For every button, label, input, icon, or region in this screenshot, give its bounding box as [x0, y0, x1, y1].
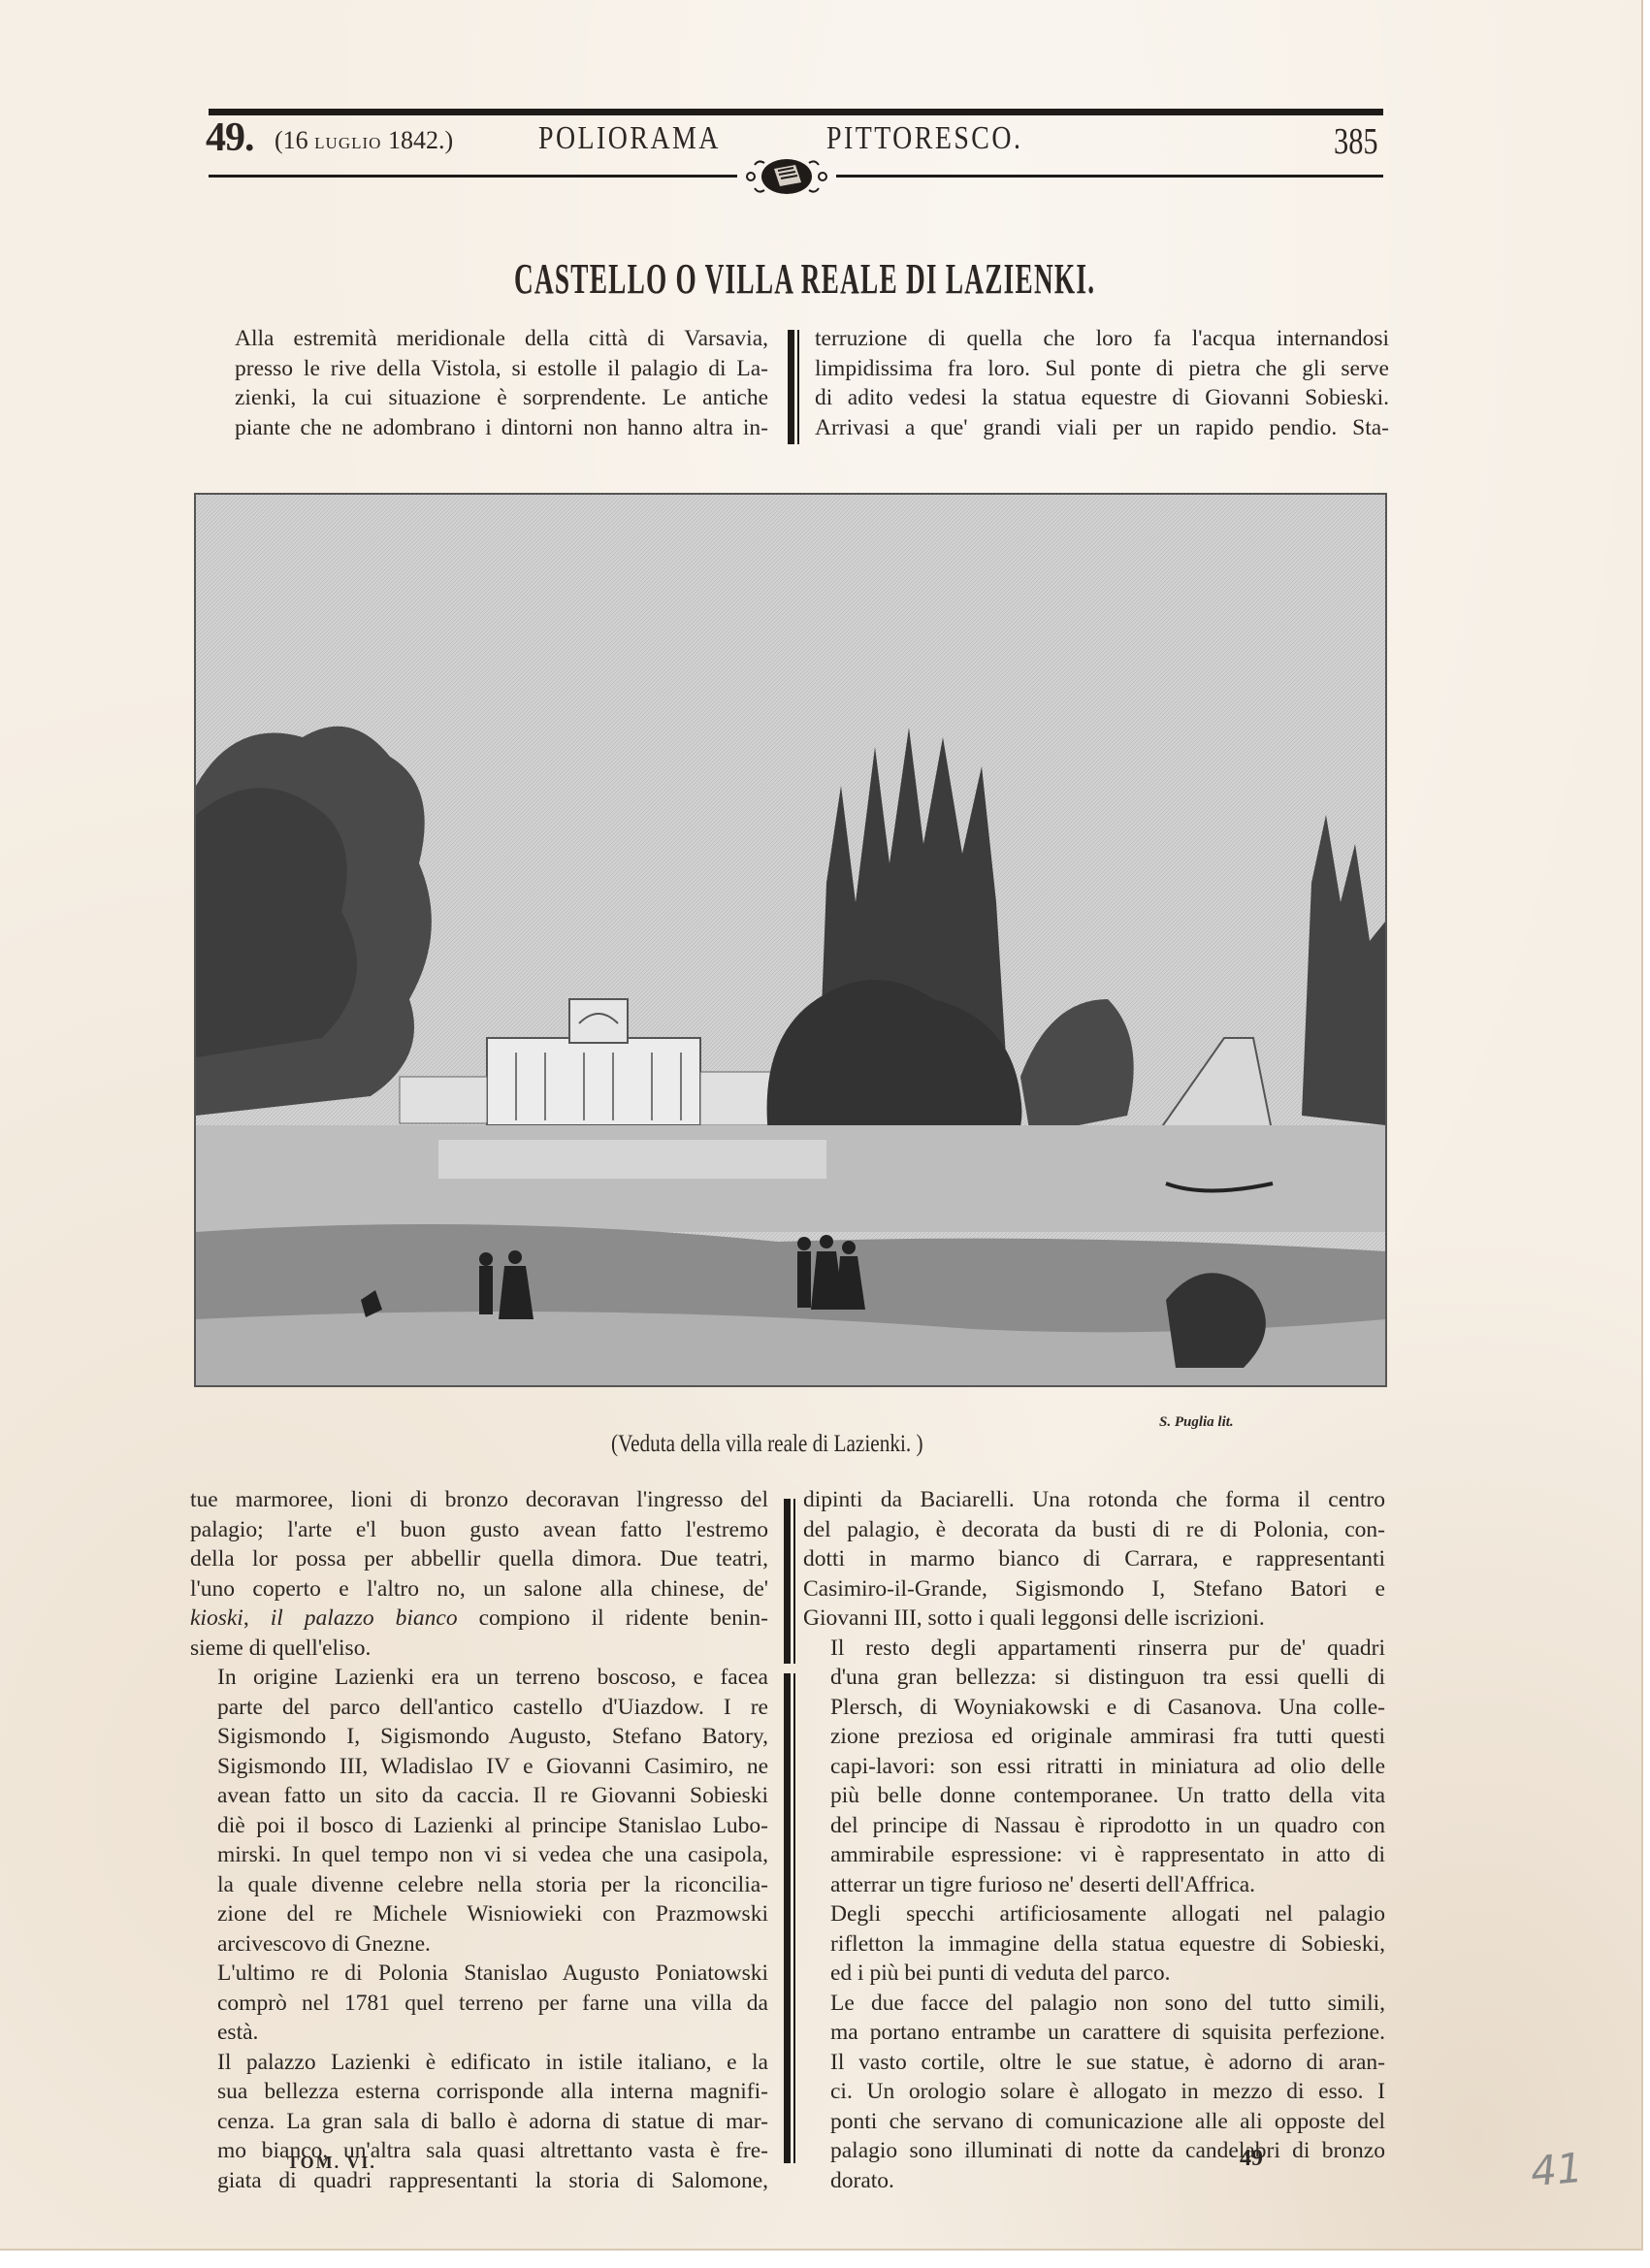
text-line: sieme di quell'eliso. [190, 1634, 768, 1664]
lithograph-illustration [194, 493, 1387, 1387]
signature-mark: 49 [1240, 2146, 1263, 2172]
text-line: Plersch, di Woyniakowski e di Casanova. … [803, 1693, 1385, 1723]
text-line: piante che ne adombrano i dintorni non h… [208, 413, 768, 443]
page-sheet: 49. (16 LUGLIO 1842.) POLIORAMA PITTORES… [0, 0, 1643, 2251]
column-divider [788, 330, 794, 444]
text-line: Arrivasi a que' grandi viali per un rapi… [815, 413, 1389, 443]
text-line: cenza. La gran sala di ballo è adorna di… [190, 2107, 768, 2137]
text-line: zienki, la cui situazione è sorprendente… [208, 383, 768, 413]
intro-column-right: terruzione di quella che loro fa l'acqua… [815, 324, 1389, 442]
text-line: di adito vedesi la statua equestre di Gi… [815, 383, 1389, 413]
text-line: Sigismondo I, Sigismondo Augusto, Stefan… [190, 1722, 768, 1752]
landscape-scene-icon [196, 495, 1385, 1385]
text-line: Sigismondo III, Wladislao IV e Giovanni … [190, 1752, 768, 1782]
text-line: L'ultimo re di Polonia Stanislao Augusto… [190, 1959, 768, 1989]
text-line: sua bellezza esterna corrisponde alla in… [190, 2077, 768, 2107]
text-line: parte del parco dell'antico castello d'U… [190, 1693, 768, 1723]
lithographer-credit: S. Puglia lit. [1159, 1414, 1234, 1431]
figure-caption: (Veduta della villa reale di Lazienki. ) [611, 1431, 923, 1458]
intro-column-left: Alla estremità meridionale della città d… [208, 324, 768, 442]
printer-emblem-icon [745, 155, 828, 198]
text-line: giata di quadri rappresentanti la storia… [190, 2166, 768, 2196]
text-line: la quale divenne celebre nella storia pe… [190, 1870, 768, 1900]
text-line: Giovanni III, sotto i quali leggonsi del… [803, 1604, 1385, 1634]
text-line: palagio sono illuminati di notte da cand… [803, 2136, 1385, 2166]
text-line: comprò nel 1781 quel terreno per farne u… [190, 1989, 768, 2019]
header-top-rule [209, 109, 1383, 115]
text-line: presso le rive della Vistola, si estolle… [208, 354, 768, 384]
text-line: ma portano entrambe un carattere di squi… [803, 2018, 1385, 2048]
text-line: zione del re Michele Wisniowieki con Pra… [190, 1899, 768, 1929]
text-line: ammirabile espressione: vi è rappresenta… [803, 1840, 1385, 1870]
text-line: della lor possa per abbellir quella dimo… [190, 1544, 768, 1574]
text-line: està. [190, 2018, 768, 2048]
pencil-annotation: 41 [1529, 2144, 1585, 2195]
text-line: Casimiro-il-Grande, Sigismondo I, Stefan… [803, 1574, 1385, 1604]
text-line: dipinti da Baciarelli. Una rotonda che f… [803, 1485, 1385, 1515]
text-line: capi-lavori: son essi ritratti in miniat… [803, 1752, 1385, 1782]
text-line: dotti in marmo bianco di Carrara, e rapp… [803, 1544, 1385, 1574]
column-divider [784, 1673, 791, 2163]
text-line: Alla estremità meridionale della città d… [208, 324, 768, 354]
issue-date: (16 LUGLIO 1842.) [275, 126, 453, 155]
text-line: dorato. [803, 2166, 1385, 2196]
italic-term: kioski [190, 1605, 243, 1631]
text-line: del palagio, è decorata da busti di re d… [803, 1515, 1385, 1545]
text-line: più belle donne contemporanee. Un tratto… [803, 1781, 1385, 1811]
header-bottom-rule-right [836, 175, 1383, 178]
text-line: mirski. In quel tempo non vi si vedea ch… [190, 1840, 768, 1870]
text-line: mo bianco, un'altra sala quasi altrettan… [190, 2136, 768, 2166]
text-line: Il resto degli appartamenti rinserra pur… [803, 1634, 1385, 1664]
text-line: Il palazzo Lazienki è edificato in istil… [190, 2048, 768, 2078]
text-line: ponti che servano di comunicazione alle … [803, 2107, 1385, 2137]
text-line: l'uno coperto e l'altro no, un salone al… [190, 1574, 768, 1604]
text-line: Le due facce del palagio non sono del tu… [803, 1989, 1385, 2019]
masthead-left: POLIORAMA [538, 120, 721, 157]
text-line: In origine Lazienki era un terreno bosco… [190, 1663, 768, 1693]
text-line: arcivescovo di Gnezne. [190, 1929, 768, 1960]
column-divider [784, 1499, 791, 1664]
masthead-right: PITTORESCO. [826, 120, 1022, 157]
text-line: avean fatto un sito da caccia. Il re Gio… [190, 1781, 768, 1811]
text-line: diè poi il bosco di Lazienki al principe… [190, 1811, 768, 1841]
page-number: 385 [1334, 120, 1378, 163]
issue-number: 49. [206, 114, 254, 161]
text-line: del principe di Nassau è riprodotto in u… [803, 1811, 1385, 1841]
italic-term: il palazzo bianco [271, 1605, 458, 1631]
volume-label: TOM. VI. [287, 2153, 376, 2173]
text-line: terruzione di quella che loro fa l'acqua… [815, 324, 1389, 354]
text-line: Degli specchi artificiosamente allogati … [803, 1899, 1385, 1929]
text-line: rifletton la immagine della statua eques… [803, 1929, 1385, 1960]
text-line: zione preziosa ed originale ammirasi fra… [803, 1722, 1385, 1752]
text-line: atterrar un tigre furioso ne' deserti de… [803, 1870, 1385, 1900]
text-line: ed i più bei punti di veduta del parco. [803, 1959, 1385, 1989]
text-line: palagio; l'arte e'l buon gusto avean fat… [190, 1515, 768, 1545]
body-column-right: dipinti da Baciarelli. Una rotonda che f… [803, 1485, 1385, 2195]
text-line: limpidissima fra loro. Sul ponte di piet… [815, 354, 1389, 384]
body-column-left: tue marmoree, lioni di bronzo decoravan … [190, 1485, 768, 2195]
article-title: CASTELLO O VILLA REALE DI LAZIENKI. [514, 254, 1095, 304]
text-line: tue marmoree, lioni di bronzo decoravan … [190, 1485, 768, 1515]
header-bottom-rule-left [209, 175, 737, 178]
text-line: ci. Un orologio solare è allogato in mez… [803, 2077, 1385, 2107]
text-line: d'una gran bellezza: si distinguon tra e… [803, 1663, 1385, 1693]
text-line: Il vasto cortile, oltre le sue statue, è… [803, 2048, 1385, 2078]
text-line: kioski, il palazzo bianco compiono il ri… [190, 1604, 768, 1634]
